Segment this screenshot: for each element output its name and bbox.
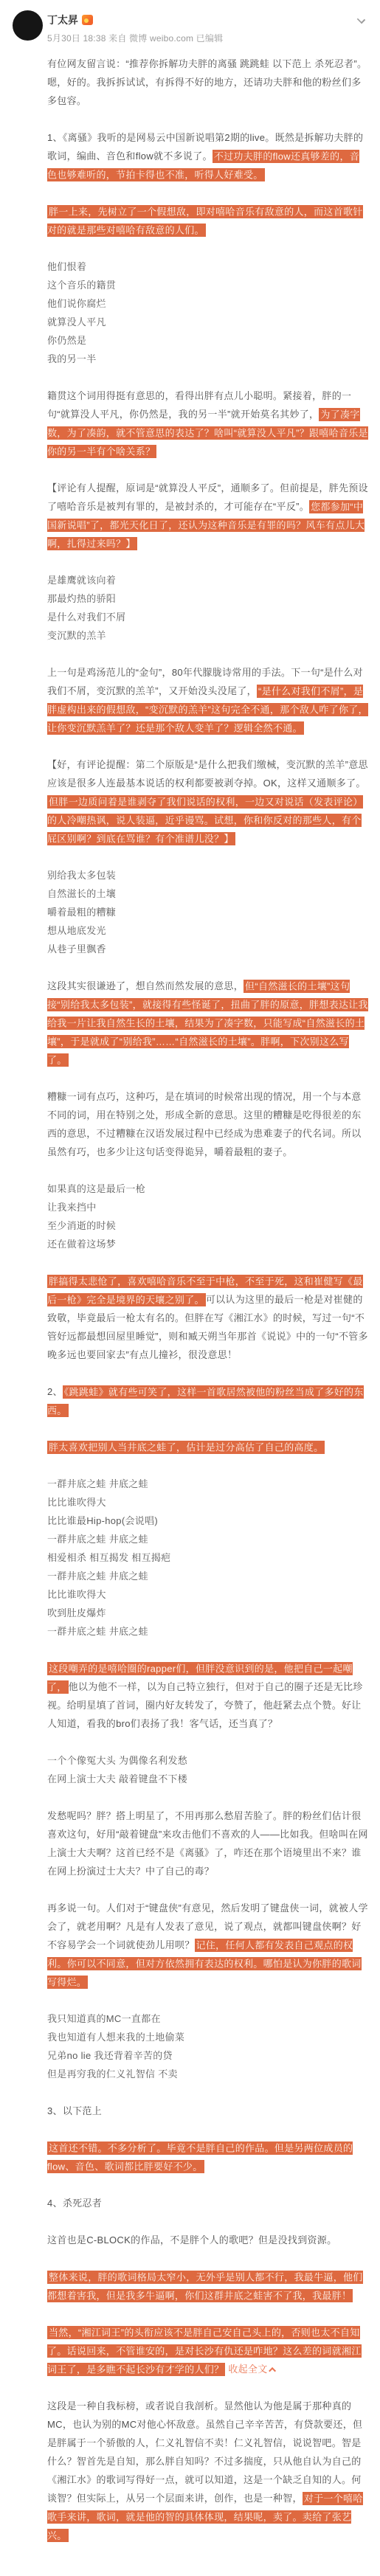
lyric-line: 他们恨着 bbox=[47, 257, 368, 276]
lyrics-block: 一群井底之蛙 井底之蛙比比谁吹得大比比谁最Hip-hop(会说唱)一群井底之蛙 … bbox=[47, 1475, 368, 1641]
paragraph: 这段其实很谦逊了，想自然而然发展的意思，但“自然滋长的土壤”这句接“别给我太多包… bbox=[47, 977, 368, 1069]
paragraph: 糟糠一词有点巧，这种巧，是在填词的时候常出现的情况，用一个与本意不同的词，用在特… bbox=[47, 1087, 368, 1161]
lyric-line: 从巷子里飘香 bbox=[47, 940, 368, 958]
plain-text: 他以为他不一样，以为自己特立独行，但对于自己的圈子还是无比珍视。给明星填了首词，… bbox=[47, 1681, 363, 1729]
paragraph: 这首也是C-BLOCK的作品，不是胖个人的歌吧？但是没找到资源。 bbox=[47, 2231, 368, 2249]
paragraph: 【评论有人提醒，原词是“就算没人平反”，通顺多了。但前提是，胖先预设了嘻哈音乐是… bbox=[47, 479, 368, 553]
lyric-line: 比比谁吹得大 bbox=[47, 1493, 368, 1512]
lyric-line: 我也知道有人想来我的土地偷菜 bbox=[47, 2028, 368, 2046]
highlighted-text: 但“自然滋长的土壤”这句接“别给我太多包装”，就接得有些怪诞了，扭曲了胖的原意，… bbox=[47, 980, 368, 1067]
caret-up-icon bbox=[269, 2367, 276, 2375]
paragraph: 1、《离骚》我听的是网易云中国新说唱第2期的live。既然是拆解功夫胖的歌词，编… bbox=[47, 128, 368, 184]
lyric-line: 一群井底之蛙 井底之蛙 bbox=[47, 1530, 368, 1548]
lyric-line: 你仍然是 bbox=[47, 331, 368, 350]
lyric-line: 至少消逝的时候 bbox=[47, 1216, 368, 1235]
lyrics-block: 如果真的这是最后一枪让我来挡中至少消逝的时候还在做着这场梦 bbox=[47, 1180, 368, 1253]
highlighted-text: 胖太喜欢把别人当井底之蛙了，估计是过分高估了自己的高度。 bbox=[47, 1441, 325, 1454]
lyric-line: 比比谁最Hip-hop(会说唱) bbox=[47, 1512, 368, 1530]
lyrics-block: 他们恨着这个音乐的籍贯他们说你腐烂就算没人平凡你仍然是我的另一半 bbox=[47, 257, 368, 368]
paragraph: 2、《跳跳蛙》就有些可笑了，这样一首歌居然被他的粉丝当成了多好的东西。 bbox=[47, 1382, 368, 1419]
paragraph: 发愁呢吗？胖？搭上明星了，不用再那么愁眉苦脸了。胖的粉丝们估计很喜欢这句，好用“… bbox=[47, 1807, 368, 1880]
plain-text: 这段是一种自我标榜，或者说自我剖析。显然他认为他是属于那种真的MC，也认为别的M… bbox=[47, 2400, 362, 2504]
paragraph: 当然，“湘江词王”的头衔应该不是胖自己安自己头上的，否则也太不自知了。话说回来，… bbox=[47, 2323, 368, 2378]
lyric-line: 我只知道真的MC一直都在 bbox=[47, 2009, 368, 2028]
lyric-line: 变沉默的羔羊 bbox=[47, 626, 368, 645]
paragraph: 3、以下范上 bbox=[47, 2102, 368, 2120]
paragraph: 这段是一种自我标榜，或者说自我剖析。显然他认为他是属于那种真的MC，也认为别的M… bbox=[47, 2397, 368, 2544]
plain-text: 糟糠一词有点巧，这种巧，是在填词的时候常出现的情况，用一个与本意不同的词，用在特… bbox=[47, 1091, 362, 1157]
lyric-line: 但是再穷我的仁义礼智信 不卖 bbox=[47, 2065, 368, 2083]
plain-text: 4、杀死忍者 bbox=[47, 2198, 102, 2209]
lyric-line: 别给我太多包装 bbox=[47, 866, 368, 884]
highlighted-text: 但胖一边质问着是谁剥夺了我们说话的权利，一边又对说话（发表评论）的人冷嘲热讽，说… bbox=[47, 795, 363, 845]
lyric-line: 想从地底发光 bbox=[47, 921, 368, 940]
lyric-line: 就算没人平凡 bbox=[47, 313, 368, 331]
paragraph: 上一句是鸡汤范儿的“金句”，80年代朦胧诗常用的手法。下一句“是什么对我们不屑，… bbox=[47, 663, 368, 737]
lyric-line: 一个个像冤大头 为偶像名利发愁 bbox=[47, 1751, 368, 1770]
highlighted-text: 这首还不错。不多分析了。毕竟不是胖自己的作品。但是另两位成员的flow、音色、歌… bbox=[47, 2142, 353, 2173]
plain-text: 这首也是C-BLOCK的作品，不是胖个人的歌吧？但是没找到资源。 bbox=[47, 2234, 336, 2246]
plain-text: 有位网友留言说：“推荐你拆解功夫胖的离骚 跳跳蛙 以下范上 杀死忍者”。嗯，好的… bbox=[47, 58, 367, 106]
lyric-line: 我的另一半 bbox=[47, 350, 368, 368]
paragraph: 胖搞得太悲怆了，喜欢嘻哈音乐不至于中枪，不至于死，这和崔健写《最后一枪》完全是境… bbox=[47, 1272, 368, 1364]
plain-text: 籍贯这个词用得挺有意思的，看得出胖有点儿小聪明。紧接着，胖的一句“就算没人平凡，… bbox=[47, 390, 351, 420]
paragraph: 【好，有评论提醒：第二个原版是“是什么把我们缴械，变沉默的羔羊”意思应该是很多人… bbox=[47, 755, 368, 848]
paragraph: 有位网友留言说：“推荐你拆解功夫胖的离骚 跳跳蛙 以下范上 杀死忍者”。嗯，好的… bbox=[47, 55, 368, 110]
paragraph: 这首还不错。不多分析了。毕竟不是胖自己的作品。但是另两位成员的flow、音色、歌… bbox=[47, 2139, 368, 2175]
lyrics-block: 我只知道真的MC一直都在我也知道有人想来我的土地偷菜兄弟no lie 我还背着辛… bbox=[47, 2009, 368, 2083]
lyric-line: 这个音乐的籍贯 bbox=[47, 276, 368, 294]
highlighted-text: 整体来说，胖的歌词格局太窄小，无外乎是别人都不行，我最牛逼，他们都想着害我，但是… bbox=[47, 2271, 363, 2302]
lyrics-block: 一个个像冤大头 为偶像名利发愁在网上演士大夫 敲着键盘不下楼 bbox=[47, 1751, 368, 1788]
lyric-line: 吹到肚皮爆炸 bbox=[47, 1604, 368, 1622]
weibo-post: 丁太昇 5月30日 18:38 来自 微博 weibo.com 已编辑 有位网友… bbox=[0, 0, 380, 2576]
chevron-down-icon[interactable] bbox=[357, 15, 365, 23]
plain-text: 【好，有评论提醒：第二个原版是“是什么把我们缴械，变沉默的羔羊”意思应该是很多人… bbox=[47, 759, 368, 789]
post-meta: 5月30日 18:38 来自 微博 weibo.com 已编辑 bbox=[47, 32, 367, 44]
paragraph: 4、杀死忍者 bbox=[47, 2194, 368, 2212]
highlighted-text: 当然，“湘江词王”的头衔应该不是胖自己安自己头上的，否则也太不自知了。话说回来，… bbox=[47, 2326, 362, 2376]
highlighted-text: 胖一上来，先树立了一个假想敌，即对嘻哈音乐有敌意的人，而这首歌针对的就是那些对嘻… bbox=[47, 205, 363, 237]
lyric-line: 在网上演士大夫 敲着键盘不下楼 bbox=[47, 1770, 368, 1788]
paragraph: 籍贯这个词用得挺有意思的，看得出胖有点儿小聪明。紧接着，胖的一句“就算没人平凡，… bbox=[47, 387, 368, 460]
plain-text: 这段其实很谦逊了，想自然而然发展的意思， bbox=[47, 980, 243, 991]
lyrics-block: 是雄鹰就该向着那最灼热的骄阳是什么对我们不屑变沉默的羔羊 bbox=[47, 571, 368, 645]
lyric-line: 是什么对我们不屑 bbox=[47, 608, 368, 626]
username[interactable]: 丁太昇 bbox=[47, 13, 78, 27]
vip-badge-icon bbox=[82, 15, 93, 25]
lyric-line: 是雄鹰就该向着 bbox=[47, 571, 368, 589]
plain-text: 3、以下范上 bbox=[47, 2105, 102, 2116]
lyric-line: 一群井底之蛙 井底之蛙 bbox=[47, 1622, 368, 1641]
lyrics-block: 别给我太多包装自然滋长的土壤嚼着最粗的糟糠想从地底发光从巷子里飘香 bbox=[47, 866, 368, 958]
post-header: 丁太昇 5月30日 18:38 来自 微博 weibo.com 已编辑 bbox=[0, 9, 380, 50]
header-text: 丁太昇 5月30日 18:38 来自 微博 weibo.com 已编辑 bbox=[47, 12, 367, 44]
paragraph: 这段嘲弄的是嘻哈圈的rapper们，但胖没意识到的是，他把自己一起嘲了，他以为他… bbox=[47, 1659, 368, 1733]
lyric-line: 那最灼热的骄阳 bbox=[47, 589, 368, 608]
lyric-line: 自然滋长的土壤 bbox=[47, 884, 368, 903]
paragraph: 胖太喜欢把别人当井底之蛙了，估计是过分高估了自己的高度。 bbox=[47, 1438, 368, 1456]
lyric-line: 一群井底之蛙 井底之蛙 bbox=[47, 1567, 368, 1585]
lyric-line: 兄弟no lie 我还背着辛苦的贷 bbox=[47, 2046, 368, 2065]
lyric-line: 他们说你腐烂 bbox=[47, 294, 368, 313]
lyric-line: 相爱相杀 相互揭发 相互揭疤 bbox=[47, 1548, 368, 1567]
paragraph: 再多说一句。人们对于“键盘侠”有意见，然后发明了键盘侠一词，就被人学会了，就老用… bbox=[47, 1899, 368, 1991]
lyric-line: 如果真的这是最后一枪 bbox=[47, 1180, 368, 1198]
collapse-full-text-link[interactable]: 收起全文 bbox=[225, 2364, 275, 2375]
post-body: 有位网友留言说：“推荐你拆解功夫胖的离骚 跳跳蛙 以下范上 杀死忍者”。嗯，好的… bbox=[0, 50, 380, 2544]
lyric-line: 一群井底之蛙 井底之蛙 bbox=[47, 1475, 368, 1493]
lyric-line: 比比谁吹得大 bbox=[47, 1585, 368, 1604]
plain-text: 发愁呢吗？胖？搭上明星了，不用再那么愁眉苦脸了。胖的粉丝们估计很喜欢这句，好用“… bbox=[47, 1810, 368, 1877]
paragraph: 整体来说，胖的歌词格局太窄小，无外乎是别人都不行，我最牛逼，他们都想着害我，但是… bbox=[47, 2268, 368, 2305]
highlighted-text: 《跳跳蛙》就有些可笑了，这样一首歌居然被他的粉丝当成了多好的东西。 bbox=[47, 1385, 364, 1417]
avatar[interactable] bbox=[13, 10, 43, 41]
lyric-line: 嚼着最粗的糟糠 bbox=[47, 903, 368, 921]
plain-text: 2、 bbox=[47, 1386, 63, 1397]
lyric-line: 让我来挡中 bbox=[47, 1198, 368, 1216]
lyric-line: 还在做着这场梦 bbox=[47, 1235, 368, 1253]
paragraph: 胖一上来，先树立了一个假想敌，即对嘻哈音乐有敌意的人，而这首歌针对的就是那些对嘻… bbox=[47, 202, 368, 239]
